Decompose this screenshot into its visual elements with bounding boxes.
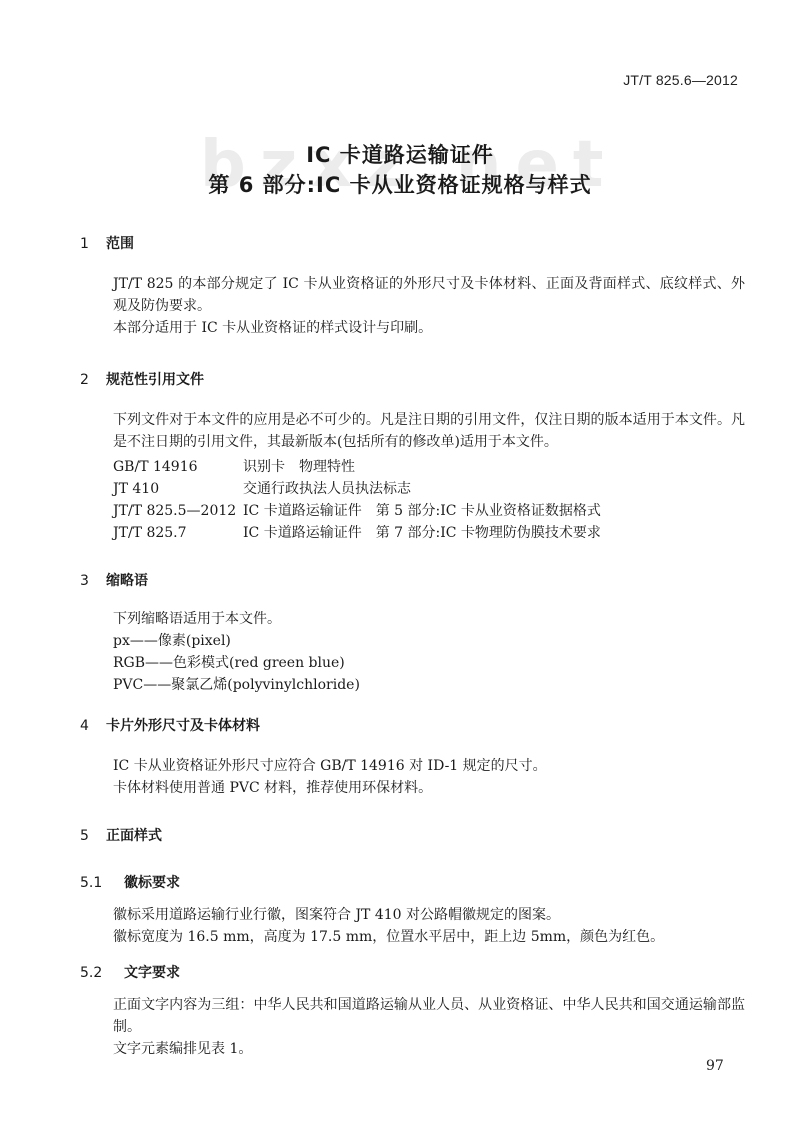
section-title: 正面样式	[106, 825, 162, 845]
paragraph: 正面文字内容为三组：中华人民共和国道路运输从业人员、从业资格证、中华人民共和国交…	[85, 994, 745, 1038]
section-number: 4	[80, 718, 106, 734]
section-title: 卡片外形尺寸及卡体材料	[106, 715, 260, 735]
section-3-heading: 3 缩略语	[80, 570, 148, 590]
section-number: 5.2	[80, 965, 124, 981]
abbreviation-item: px——像素(pixel)	[113, 630, 360, 652]
section-2-body: 下列文件对于本文件的应用是必不可少的。凡是注日期的引用文件，仅注日期的版本适用于…	[85, 409, 745, 453]
reference-code: JT/T 825.5—2012	[113, 500, 243, 522]
abbreviation-intro: 下列缩略语适用于本文件。	[113, 608, 360, 630]
reference-item: JT/T 825.7 IC 卡道路运输证件 第 7 部分:IC 卡物理防伪膜技术…	[113, 522, 601, 544]
section-5-1-body: 徽标采用道路运输行业行徽，图案符合 JT 410 对公路帽徽规定的图案。 徽标宽…	[85, 904, 745, 948]
section-title: 徽标要求	[124, 872, 180, 892]
section-1-heading: 1 范围	[80, 233, 134, 253]
paragraph: 徽标采用道路运输行业行徽，图案符合 JT 410 对公路帽徽规定的图案。	[85, 904, 745, 926]
paragraph: IC 卡从业资格证外形尺寸应符合 GB/T 14916 对 ID-1 规定的尺寸…	[85, 755, 745, 777]
section-number: 3	[80, 573, 106, 589]
reference-item: JT 410 交通行政执法人员执法标志	[113, 478, 601, 500]
paragraph: 徽标宽度为 16.5 mm，高度为 17.5 mm，位置水平居中，距上边 5mm…	[85, 926, 745, 948]
abbreviation-list: 下列缩略语适用于本文件。 px——像素(pixel) RGB——色彩模式(red…	[113, 608, 360, 696]
section-number: 1	[80, 236, 106, 252]
section-5-heading: 5 正面样式	[80, 825, 162, 845]
section-4-body: IC 卡从业资格证外形尺寸应符合 GB/T 14916 对 ID-1 规定的尺寸…	[85, 755, 745, 799]
section-2-heading: 2 规范性引用文件	[80, 369, 204, 389]
title-line-2: 第 6 部分:IC 卡从业资格证规格与样式	[0, 170, 800, 200]
reference-code: JT/T 825.7	[113, 522, 243, 544]
abbreviation-item: RGB——色彩模式(red green blue)	[113, 652, 360, 674]
standard-code: JT/T 825.6—2012	[623, 72, 738, 88]
abbreviation-item: PVC——聚氯乙烯(polyvinylchloride)	[113, 674, 360, 696]
document-title: IC 卡道路运输证件 第 6 部分:IC 卡从业资格证规格与样式	[0, 140, 800, 200]
paragraph: JT/T 825 的本部分规定了 IC 卡从业资格证的外形尺寸及卡体材料、正面及…	[85, 273, 745, 317]
title-line-1: IC 卡道路运输证件	[0, 140, 800, 170]
reference-title: 识别卡 物理特性	[243, 456, 355, 478]
reference-item: GB/T 14916 识别卡 物理特性	[113, 456, 601, 478]
section-number: 2	[80, 372, 106, 388]
section-title: 范围	[106, 233, 134, 253]
paragraph: 下列文件对于本文件的应用是必不可少的。凡是注日期的引用文件，仅注日期的版本适用于…	[85, 409, 745, 453]
reference-code: GB/T 14916	[113, 456, 243, 478]
section-title: 文字要求	[124, 962, 180, 982]
reference-list: GB/T 14916 识别卡 物理特性 JT 410 交通行政执法人员执法标志 …	[113, 456, 601, 544]
reference-item: JT/T 825.5—2012 IC 卡道路运输证件 第 5 部分:IC 卡从业…	[113, 500, 601, 522]
section-title: 缩略语	[106, 570, 148, 590]
paragraph: 文字元素编排见表 1。	[85, 1038, 745, 1060]
paragraph: 卡体材料使用普通 PVC 材料，推荐使用环保材料。	[85, 777, 745, 799]
reference-title: 交通行政执法人员执法标志	[243, 478, 411, 500]
section-5-1-heading: 5.1 徽标要求	[80, 872, 180, 892]
paragraph: 本部分适用于 IC 卡从业资格证的样式设计与印刷。	[85, 317, 745, 339]
section-number: 5.1	[80, 875, 124, 891]
reference-title: IC 卡道路运输证件 第 7 部分:IC 卡物理防伪膜技术要求	[243, 522, 601, 544]
section-5-2-body: 正面文字内容为三组：中华人民共和国道路运输从业人员、从业资格证、中华人民共和国交…	[85, 994, 745, 1060]
section-4-heading: 4 卡片外形尺寸及卡体材料	[80, 715, 260, 735]
section-number: 5	[80, 828, 106, 844]
reference-code: JT 410	[113, 478, 243, 500]
reference-title: IC 卡道路运输证件 第 5 部分:IC 卡从业资格证数据格式	[243, 500, 601, 522]
section-5-2-heading: 5.2 文字要求	[80, 962, 180, 982]
section-1-body: JT/T 825 的本部分规定了 IC 卡从业资格证的外形尺寸及卡体材料、正面及…	[85, 273, 745, 339]
section-title: 规范性引用文件	[106, 369, 204, 389]
page-number: 97	[706, 1058, 724, 1074]
